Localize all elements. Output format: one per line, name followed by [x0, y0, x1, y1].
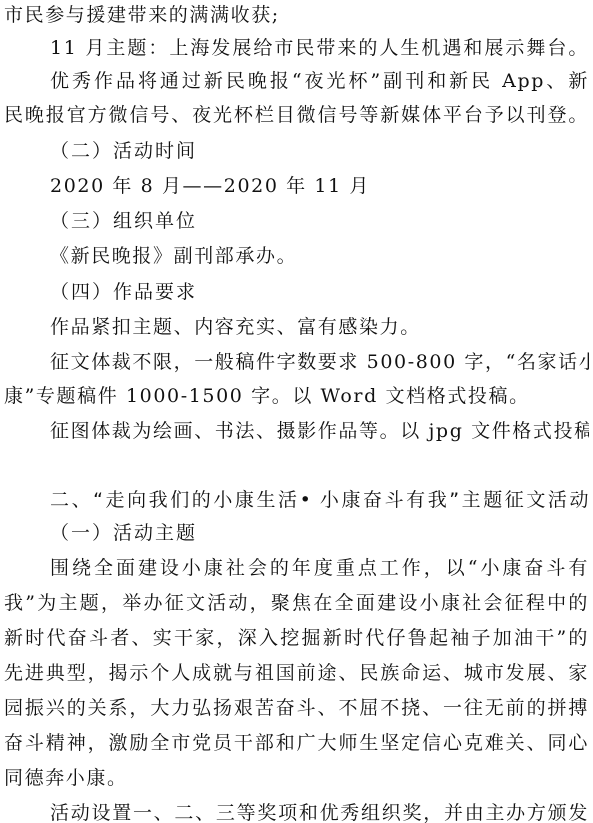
- text-line: 2020 年 8 月——2020 年 11 月: [50, 174, 589, 198]
- subsection-heading: （二）活动时间: [50, 139, 589, 163]
- text-line: 先进典型，揭示个人成就与祖国前途、民族命运、城市发展、家: [4, 661, 589, 685]
- text-line: 市民参与援建带来的满满收获;: [4, 3, 589, 27]
- subsection-heading: （四）作品要求: [50, 280, 589, 304]
- text-line: 征图体裁为绘画、书法、摄影作品等。以 jpg 文件格式投稿。: [50, 419, 589, 443]
- subsection-heading: （一）活动主题: [50, 521, 589, 545]
- text-line: 作品紧扣主题、内容充实、富有感染力。: [50, 315, 589, 339]
- text-line: 同德奔小康。: [4, 766, 589, 790]
- text-line: 新时代奋斗者、实干家，深入挖掘新时代仔鲁起袖子加油干”的: [4, 626, 589, 650]
- text-line: 《新民晚报》副刊部承办。: [50, 244, 589, 268]
- text-line: 围绕全面建设小康社会的年度重点工作，以“小康奋斗有: [50, 556, 589, 580]
- text-line: 活动设置一、二、三等奖项和优秀组织奖，并由主办方颁发: [50, 801, 589, 823]
- text-line: 民晚报官方微信号、夜光杯栏目微信号等新媒体平台予以刊登。: [4, 103, 589, 127]
- text-line: 征文体裁不限，一般稿件字数要求 500-800 字，“名家话小: [50, 350, 589, 374]
- text-line: 园振兴的关系，大力弘扬艰苦奋斗、不屈不挠、一往无前的拼搏: [4, 696, 589, 720]
- section-heading: 二、“走向我们的小康生活• 小康奋斗有我”主题征文活动: [50, 488, 589, 512]
- text-line: 康”专题稿件 1000-1500 字。以 Word 文档格式投稿。: [4, 384, 589, 408]
- text-line: 优秀作品将通过新民晚报“夜光杯”副刊和新民 App、新: [50, 69, 589, 93]
- text-line: 11 月主题：上海发展给市民带来的人生机遇和展示舞台。: [50, 36, 589, 60]
- text-line: 奋斗精神，激励全市党员干部和广大师生坚定信心克难关、同心: [4, 731, 589, 755]
- subsection-heading: （三）组织单位: [50, 209, 589, 233]
- text-line: 我”为主题，举办征文活动，聚焦在全面建设小康社会征程中的: [4, 591, 589, 615]
